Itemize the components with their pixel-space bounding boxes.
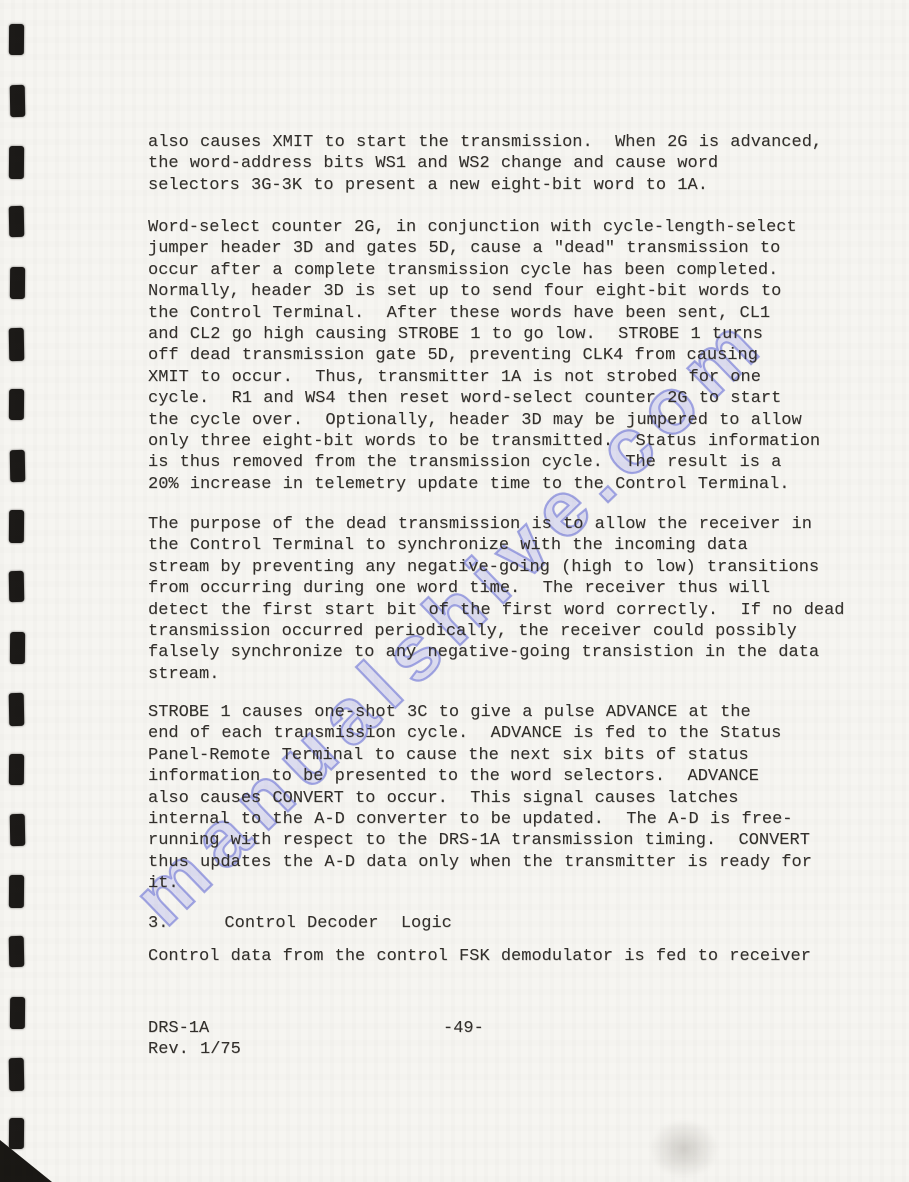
binding-hole (9, 571, 25, 602)
binding-hole (9, 693, 25, 726)
binding-hole (9, 389, 24, 420)
section-heading-control-decoder-logic: 3. Control Decoder Logic (148, 913, 452, 934)
binding-hole (9, 328, 25, 361)
binding-strip (0, 0, 40, 1182)
binding-hole (9, 24, 24, 55)
binding-hole (10, 85, 26, 117)
binding-hole (10, 449, 26, 481)
binding-hole (10, 997, 25, 1029)
binding-hole (9, 754, 24, 785)
binding-hole (9, 146, 24, 179)
scanned-manual-page: manualshive.com also causes XMIT to star… (0, 0, 909, 1182)
binding-hole (9, 936, 25, 967)
page-number: -49- (443, 1018, 484, 1039)
paragraph-word-select-counter: Word-select counter 2G, in conjunction w… (148, 217, 820, 495)
binding-hole (10, 267, 25, 299)
paragraph-dead-transmission-purpose: The purpose of the dead transmission is … (148, 514, 845, 685)
paragraph-strobe-advance: STROBE 1 causes one-shot 3C to give a pu… (148, 702, 812, 895)
paragraph-transmission-start: also causes XMIT to start the transmissi… (148, 132, 822, 196)
binding-hole (9, 875, 24, 908)
scan-smudge (648, 1118, 720, 1180)
binding-hole (9, 510, 24, 543)
binding-hole (10, 632, 25, 664)
footer-document-id: DRS-1A Rev. 1/75 (148, 1018, 241, 1061)
binding-hole (9, 206, 25, 237)
binding-hole (9, 1118, 24, 1149)
binding-hole (9, 1057, 25, 1090)
paragraph-control-data: Control data from the control FSK demodu… (148, 946, 811, 967)
binding-hole (10, 814, 26, 846)
